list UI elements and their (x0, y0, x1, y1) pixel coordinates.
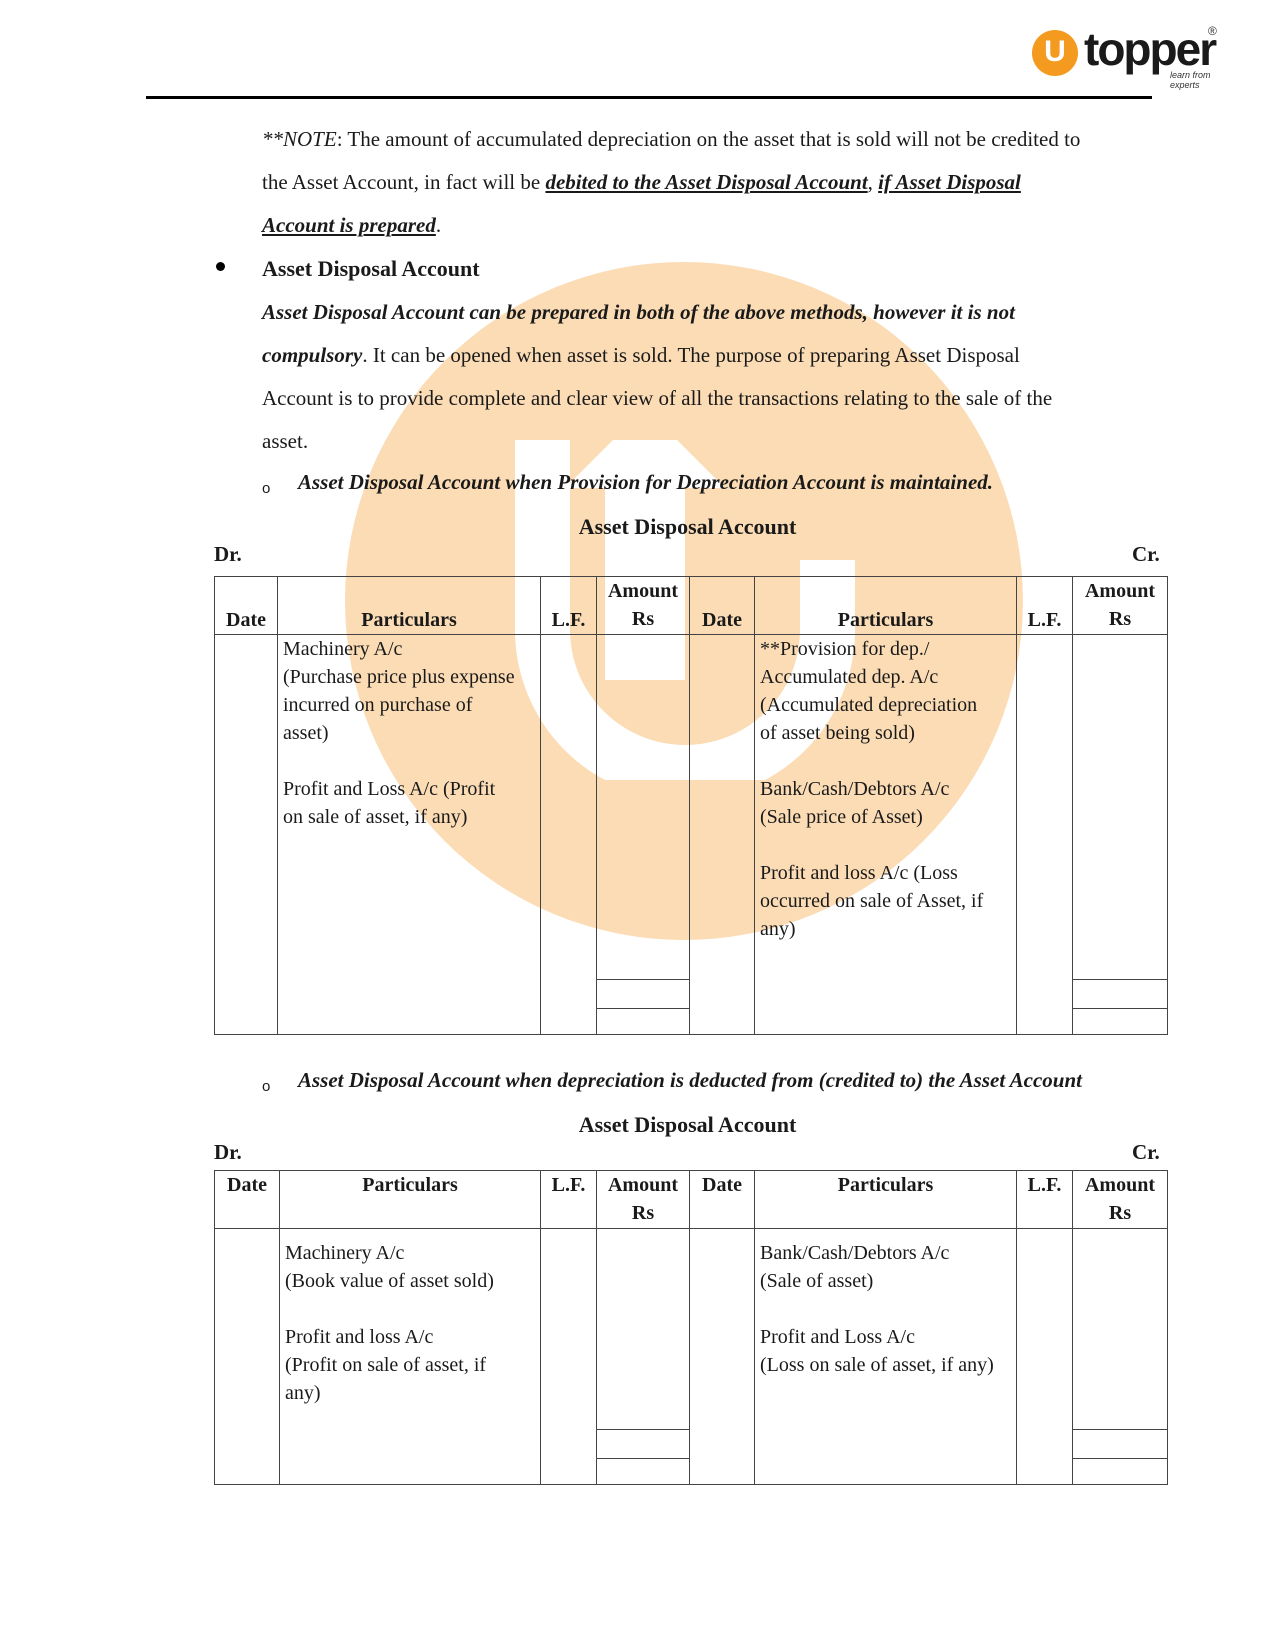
note-line1: : The amount of accumulated depreciation… (337, 127, 1081, 151)
account2-header-row: Date Particulars L.F. Amount Rs Date Par… (215, 1171, 1168, 1229)
entry-line: (Sale price of Asset) (760, 803, 1011, 831)
account2-cr: Cr. (1132, 1140, 1160, 1165)
section-heading: Asset Disposal Account (262, 256, 480, 282)
section-line2: . It can be opened when asset is sold. T… (362, 343, 1019, 367)
logo-tagline: learn from experts (1170, 70, 1232, 90)
section-line4: asset. (262, 420, 1162, 463)
debit-amount-cell (597, 635, 690, 1035)
account1-subheading: Asset Disposal Account when Provision fo… (298, 470, 993, 495)
entry-line: Accumulated dep. A/c (760, 663, 1011, 691)
entry-line: Machinery A/c (285, 1239, 535, 1267)
entry-line: any) (760, 915, 1011, 943)
header-rule (146, 96, 1152, 99)
header-date: Date (215, 1171, 280, 1229)
header-lf: L.F. (541, 1171, 597, 1229)
entry-line: any) (285, 1379, 535, 1407)
credit-amount-cell (1073, 635, 1168, 1035)
entry-line: incurred on purchase of (283, 691, 535, 719)
account1-dr: Dr. (214, 542, 242, 567)
entry-line: Profit and Loss A/c (Profit (283, 775, 535, 803)
debit-amount-cell (597, 1229, 690, 1485)
entry-line: Machinery A/c (283, 635, 535, 663)
header-amount: Amount Rs (1073, 1171, 1168, 1229)
header-particulars: Particulars (280, 1171, 541, 1229)
header-date: Date (690, 1171, 755, 1229)
entry-line: occurred on sale of Asset, if (760, 887, 1011, 915)
section-paragraph: Asset Disposal Account can be prepared i… (262, 291, 1162, 463)
debit-date-cell (215, 1229, 280, 1485)
credit-lf-cell (1017, 1229, 1073, 1485)
credit-particulars-cell: **Provision for dep./ Accumulated dep. A… (755, 635, 1017, 1035)
entry-line: Profit and Loss A/c (760, 1323, 1011, 1351)
logo-wordmark: topper (1084, 22, 1215, 76)
note-emphasis-2a: if Asset Disposal (878, 170, 1021, 194)
note-paragraph: **NOTE: The amount of accumulated deprec… (262, 118, 1162, 247)
entry-line: of asset being sold) (760, 719, 1011, 747)
section-line1: Asset Disposal Account can be prepared i… (262, 300, 1015, 324)
entry-line: (Profit on sale of asset, if (285, 1351, 535, 1379)
section-line2-emph: compulsory (262, 343, 362, 367)
account1-cr: Cr. (1132, 542, 1160, 567)
header-lf: L.F. (1017, 1171, 1073, 1229)
header-amount: Amount Rs (597, 1171, 690, 1229)
credit-particulars-cell: Bank/Cash/Debtors A/c (Sale of asset) Pr… (755, 1229, 1017, 1485)
debit-lf-cell (541, 1229, 597, 1485)
sub-bullet-icon: o (262, 1078, 270, 1095)
account2-subheading: Asset Disposal Account when depreciation… (298, 1068, 1082, 1093)
entry-line: on sale of asset, if any) (283, 803, 535, 831)
header-particulars: Particulars (278, 577, 541, 635)
header-particulars: Particulars (755, 1171, 1017, 1229)
note-prefix: **NOTE (262, 127, 337, 151)
entry-line: Profit and loss A/c (285, 1323, 535, 1351)
account2-ledger-table: Date Particulars L.F. Amount Rs Date Par… (214, 1170, 1168, 1485)
entry-line: Profit and loss A/c (Loss (760, 859, 1011, 887)
total-box (597, 979, 689, 1009)
account1-header-row: Date Particulars L.F. Amount Rs Date Par… (215, 577, 1168, 635)
sub-bullet-icon: o (262, 480, 270, 497)
entry-line: Bank/Cash/Debtors A/c (760, 1239, 1011, 1267)
header-lf: L.F. (1017, 577, 1073, 635)
header-date: Date (690, 577, 755, 635)
debit-date-cell (215, 635, 278, 1035)
total-box (1073, 1429, 1167, 1459)
credit-amount-cell (1073, 1229, 1168, 1485)
total-box (1073, 979, 1167, 1009)
header-particulars: Particulars (755, 577, 1017, 635)
credit-lf-cell (1017, 635, 1073, 1035)
note-end: . (436, 213, 441, 237)
entry-line: asset) (283, 719, 535, 747)
credit-date-cell (690, 635, 755, 1035)
entry-line: **Provision for dep./ (760, 635, 1011, 663)
entry-line: Bank/Cash/Debtors A/c (760, 775, 1011, 803)
entry-line: (Purchase price plus expense (283, 663, 535, 691)
note-emphasis-1: debited to the Asset Disposal Account (545, 170, 867, 194)
entry-line: (Sale of asset) (760, 1267, 1011, 1295)
note-line2: the Asset Account, in fact will be (262, 170, 545, 194)
section-line3: Account is to provide complete and clear… (262, 377, 1162, 420)
registered-mark: ® (1208, 24, 1217, 38)
header-amount: Amount Rs (597, 577, 690, 635)
debit-lf-cell (541, 635, 597, 1035)
account2-title: Asset Disposal Account (0, 1112, 1275, 1138)
credit-date-cell (690, 1229, 755, 1485)
bullet-icon (216, 262, 225, 271)
header-lf: L.F. (541, 577, 597, 635)
debit-particulars-cell: Machinery A/c (Purchase price plus expen… (278, 635, 541, 1035)
note-sep: , (868, 170, 879, 194)
entry-line: (Book value of asset sold) (285, 1267, 535, 1295)
total-box (597, 1429, 689, 1459)
debit-particulars-cell: Machinery A/c (Book value of asset sold)… (280, 1229, 541, 1485)
account2-body-row: Machinery A/c (Book value of asset sold)… (215, 1229, 1168, 1485)
entry-line: (Accumulated depreciation (760, 691, 1011, 719)
entry-line: (Loss on sale of asset, if any) (760, 1351, 1011, 1379)
account2-dr: Dr. (214, 1140, 242, 1165)
header-date: Date (215, 577, 278, 635)
account1-body-row: Machinery A/c (Purchase price plus expen… (215, 635, 1168, 1035)
logo-u-icon: U (1032, 30, 1078, 76)
note-emphasis-2b: Account is prepared (262, 213, 436, 237)
account1-ledger-table: Date Particulars L.F. Amount Rs Date Par… (214, 576, 1168, 1035)
account1-title: Asset Disposal Account (0, 514, 1275, 540)
header-amount: Amount Rs (1073, 577, 1168, 635)
brand-logo: U topper learn from experts ® (1032, 28, 1232, 88)
